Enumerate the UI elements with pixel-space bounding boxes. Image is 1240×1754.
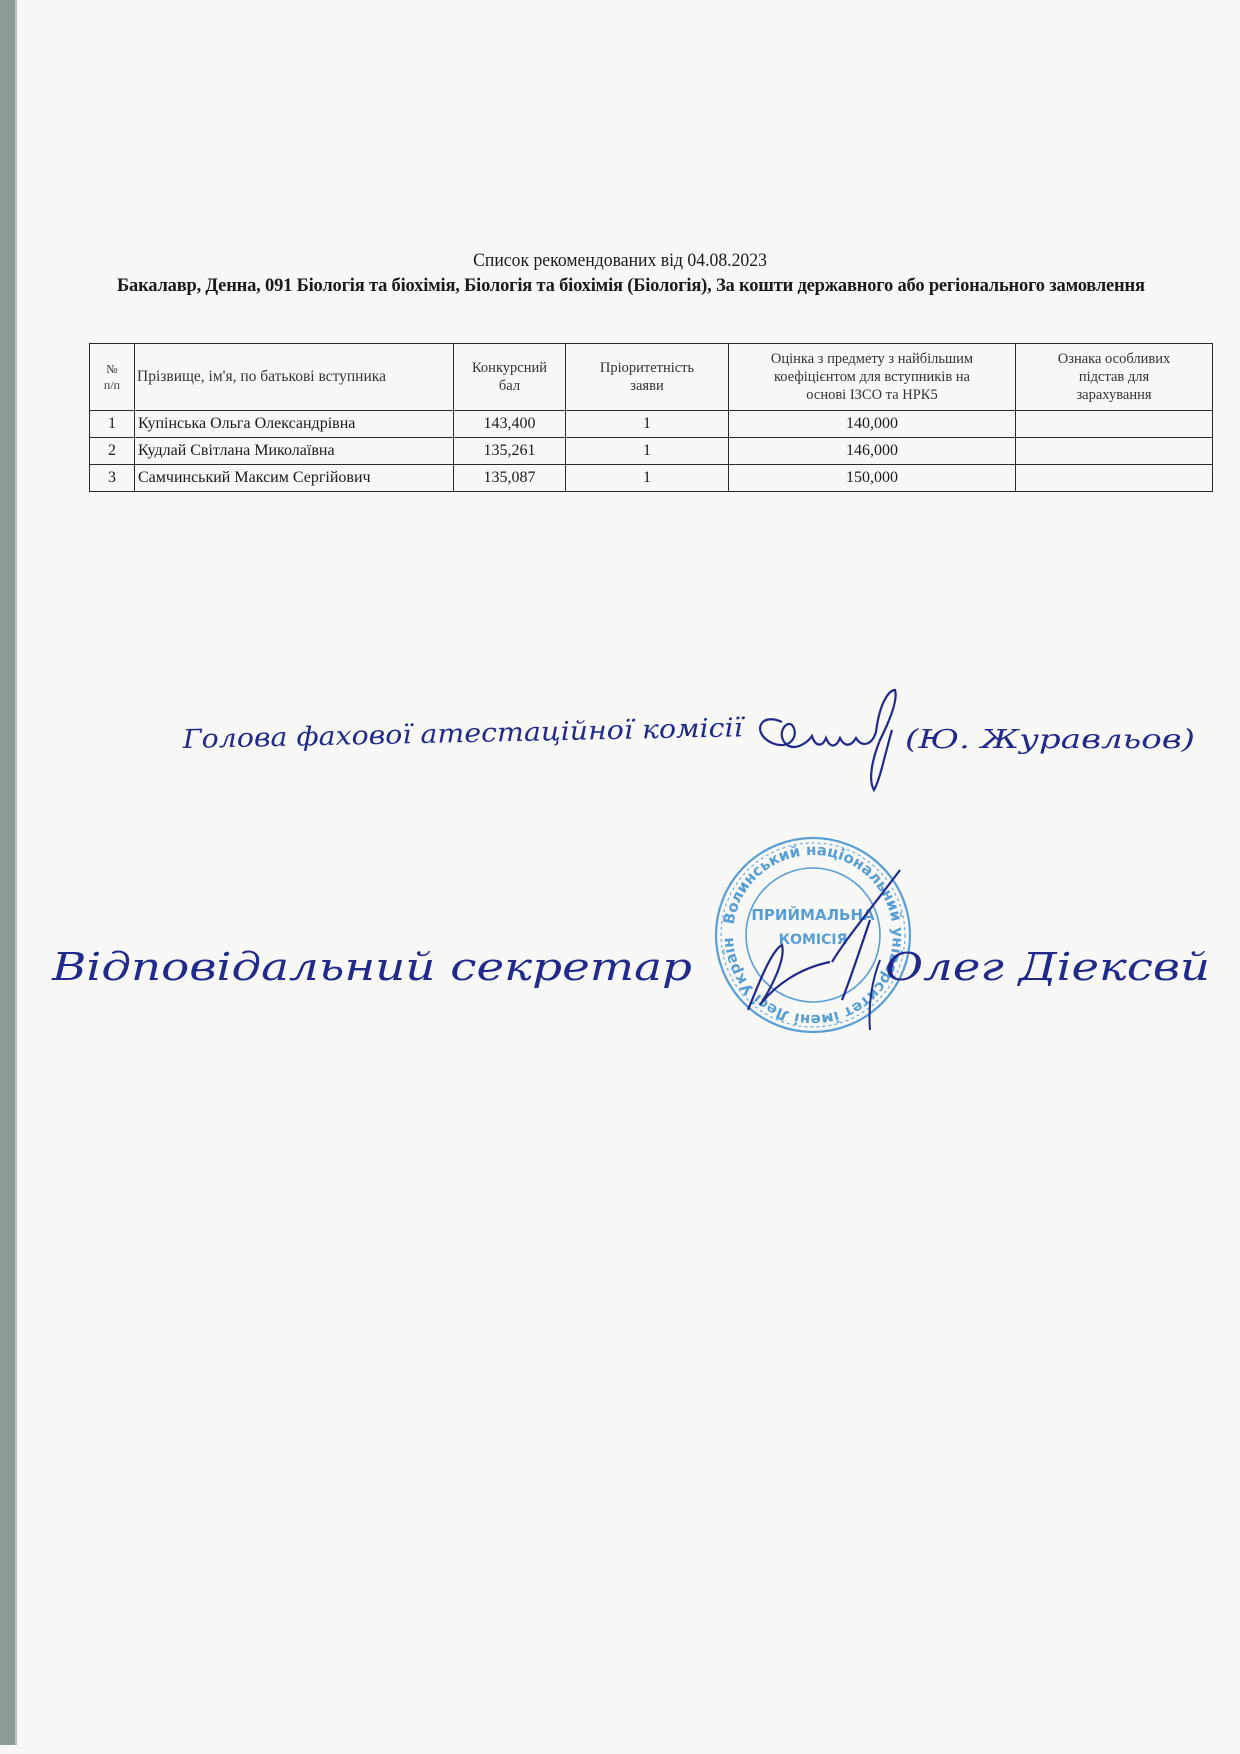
chair-signature-line: Голова фахової атестаційної комісії (Ю. … [181, 690, 1195, 790]
secretary-handwritten-title: Відповідальний секретар [51, 945, 692, 989]
chair-handwritten-name: (Ю. Журавльов) [905, 725, 1195, 755]
secretary-handwritten-name: Олег Діексвй [885, 945, 1210, 989]
stamp-center-line1: ПРИЙМАЛЬНА [751, 905, 875, 924]
chair-signature-scribble [760, 690, 896, 790]
signatures-and-stamp: Волинський національний університет імен… [0, 0, 1240, 1754]
stamp-outer-text: Волинський національний університет імен… [0, 0, 907, 1029]
chair-handwritten-title: Голова фахової атестаційної комісії [181, 713, 746, 755]
secretary-signature-line: Відповідальний секретар Олег Діексвй [51, 870, 1210, 1030]
university-stamp: Волинський національний університет імен… [0, 0, 910, 1032]
stamp-center-line2: КОМІСІЯ [779, 932, 848, 948]
